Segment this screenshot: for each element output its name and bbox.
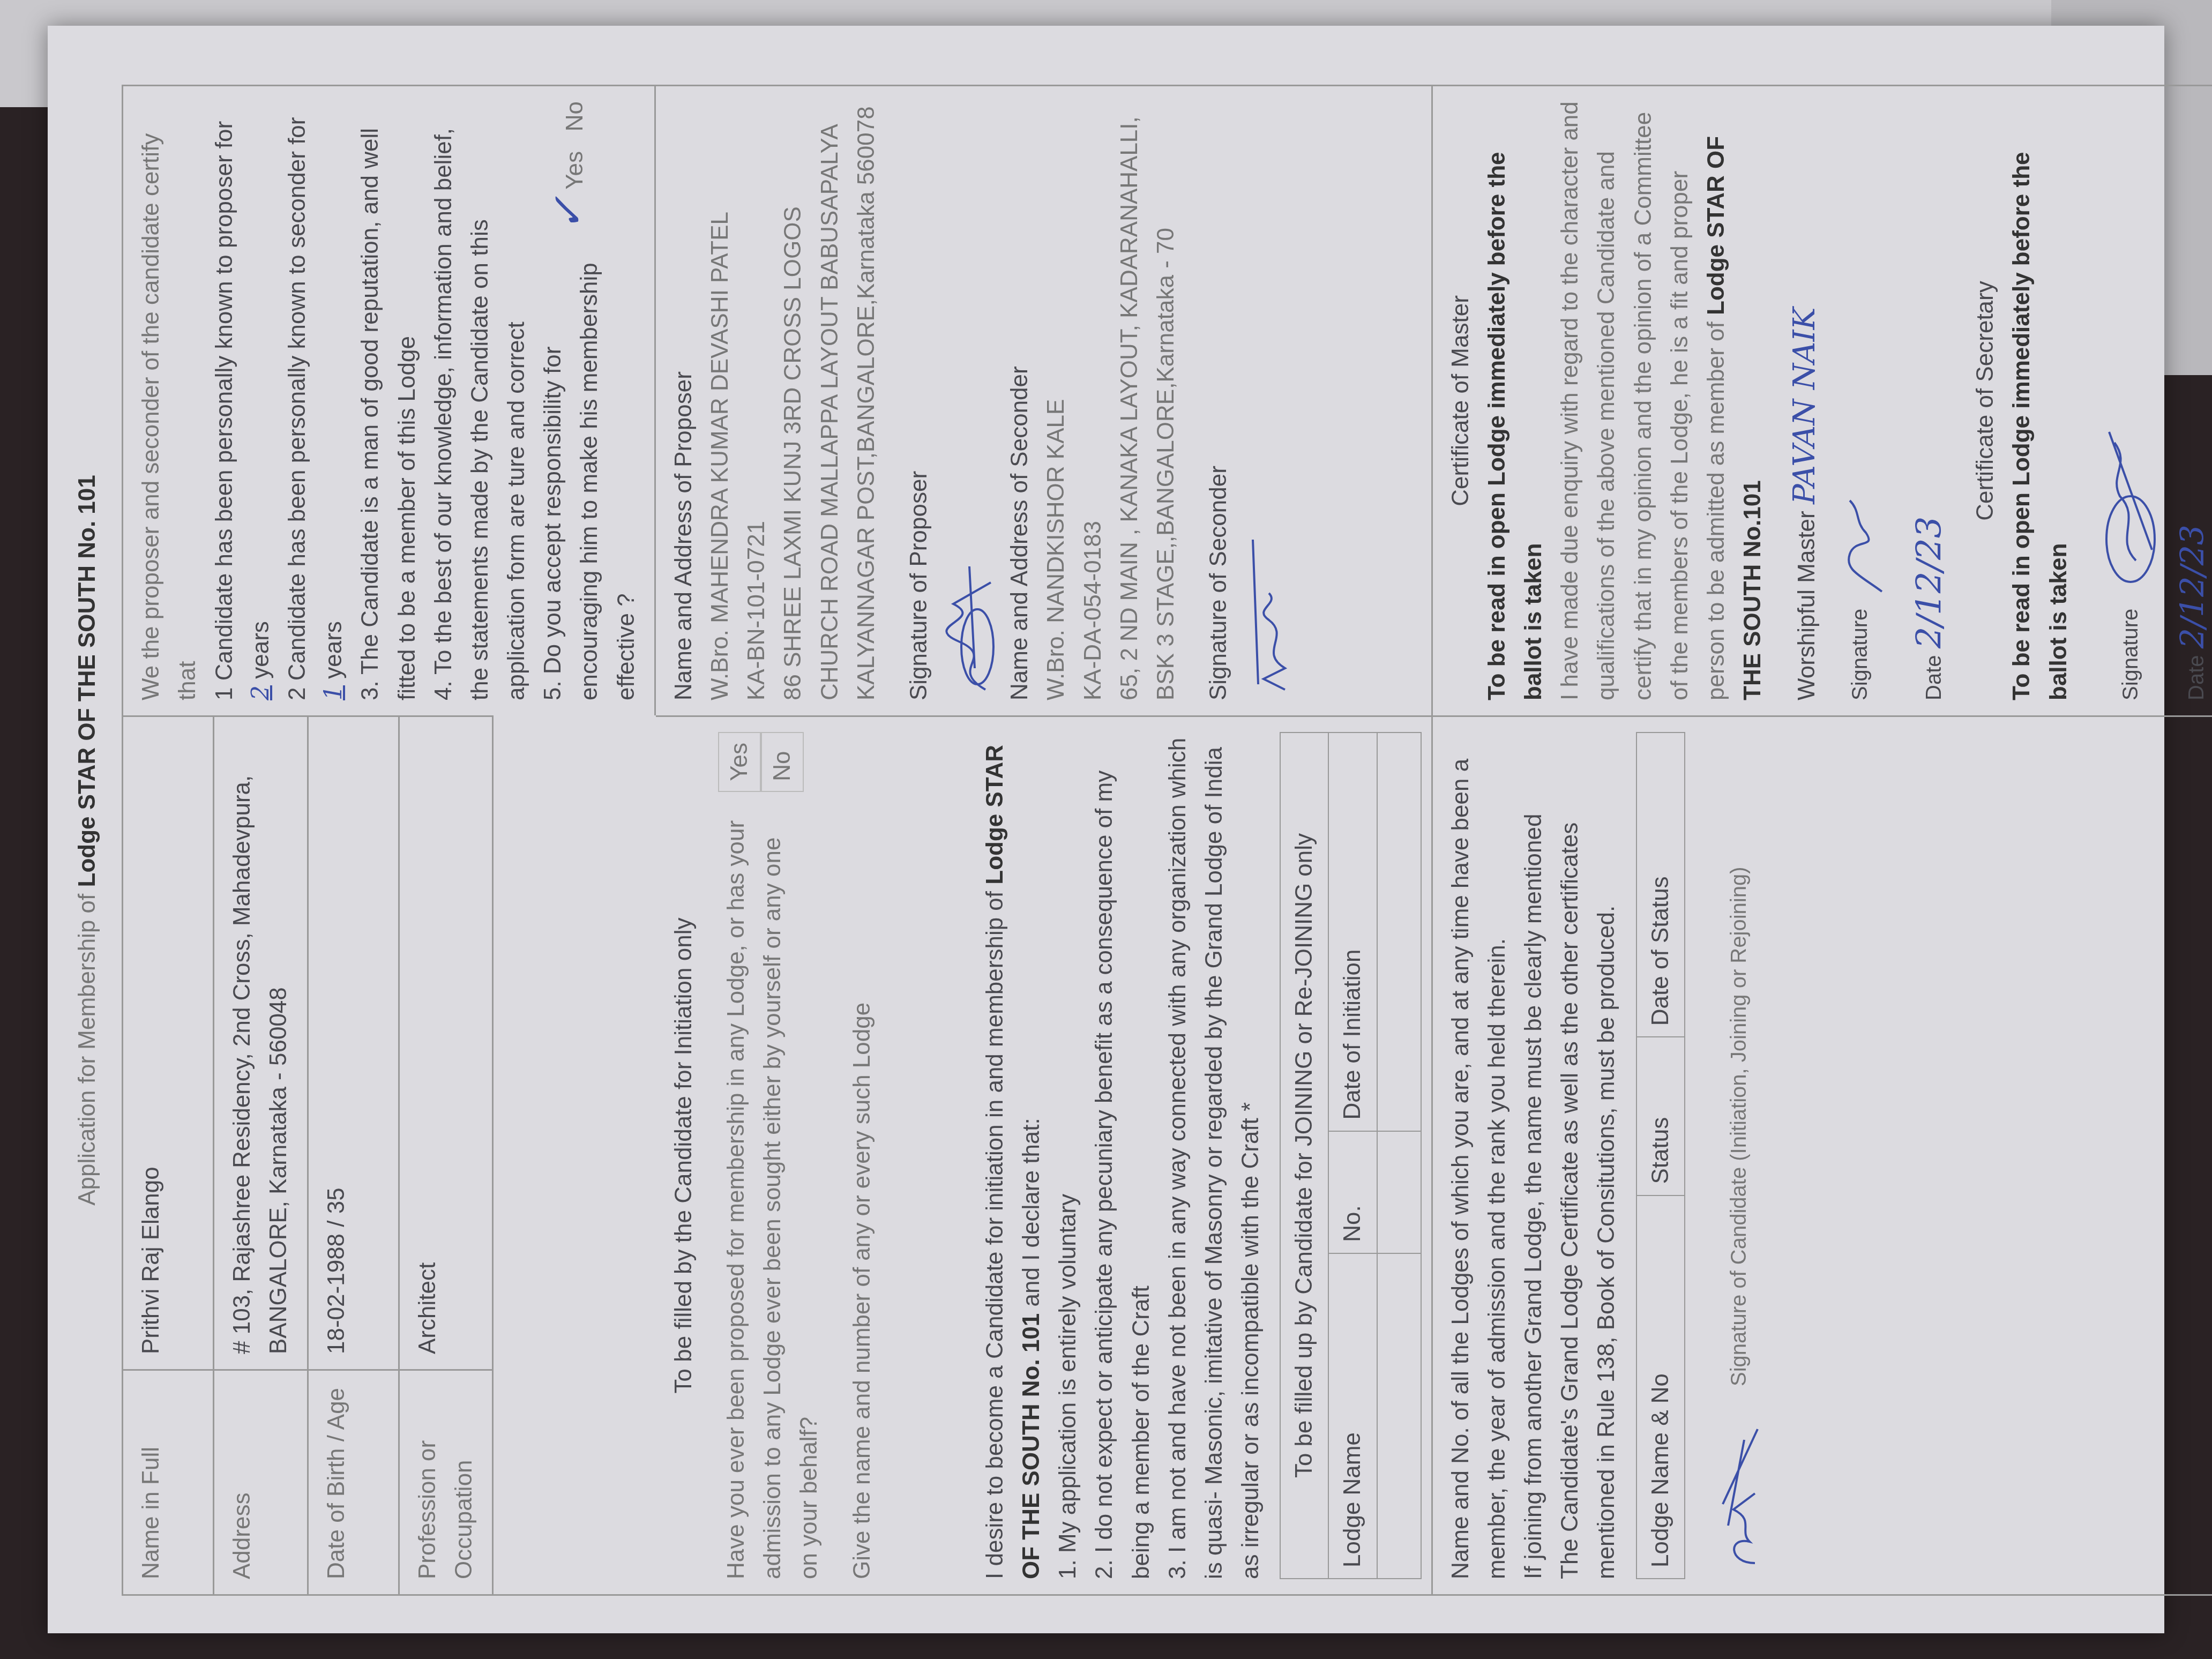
master-certificate-heading: Certificate of Master xyxy=(1443,101,1479,700)
seconder-name: W.Bro. NANDKISHOR KALE xyxy=(1038,101,1074,700)
secretary-signature xyxy=(2098,421,2163,593)
seconder-signature xyxy=(1237,529,1301,700)
proposer-heading: Name and Address of Proposer xyxy=(666,101,702,700)
dob-label: Date of Birth / Age xyxy=(309,1369,400,1594)
option-no[interactable]: No xyxy=(562,101,588,131)
lodge-name: Lodge STAR OF THE SOUTH No. 101 xyxy=(74,475,100,887)
proposer-signature xyxy=(937,529,1002,700)
certificates-section: Certificate of Master To be read in open… xyxy=(1433,85,2212,715)
candidate-signature xyxy=(1707,1408,1771,1579)
seconder-years: 1 xyxy=(320,685,347,700)
lodges-table: Lodge Name & No Status Date of Status xyxy=(1636,732,1685,1579)
proposer-years: 2 xyxy=(247,685,274,700)
name-label: Name in Full xyxy=(123,1369,214,1594)
candidate-details: Name in Full Prithvi Raj Elango Address … xyxy=(123,715,656,1594)
address-label: Address xyxy=(214,1369,308,1594)
option-yes[interactable]: Yes xyxy=(718,732,761,792)
form-title: Application for Membership of Lodge STAR… xyxy=(69,85,106,1596)
master-signature xyxy=(1828,431,1893,602)
membership-application-form: Application for Membership of Lodge STAR… xyxy=(48,26,2164,1633)
address-value: # 103, Rajashree Residency, 2nd Cross, M… xyxy=(214,715,308,1369)
profession-value: Architect xyxy=(400,715,494,1369)
name-value: Prithvi Raj Elango xyxy=(123,715,214,1369)
checkmark-icon: ✓ xyxy=(543,196,593,231)
proposer-seconder-section: Name and Address of Proposer W.Bro. MAHE… xyxy=(656,85,1433,715)
main-grid: Name in Full Prithvi Raj Elango Address … xyxy=(122,85,2212,1596)
proposer-reg-no: KA-BN-101-0721 xyxy=(738,101,775,700)
initiation-heading: To be filled by the Candidate for Initia… xyxy=(666,732,702,1579)
option-yes[interactable]: Yes xyxy=(562,151,588,190)
seconder-address: 65, 2 ND MAIN , KANAKA LAYOUT, KADARANAH… xyxy=(1111,101,1184,700)
joining-table: To be filled up by Candidate for JOINING… xyxy=(1280,732,1421,1579)
proposer-certification: We the proposer and seconder of the cand… xyxy=(123,85,656,715)
option-no[interactable]: No xyxy=(761,732,804,792)
proposer-name: W.Bro. MAHENDRA KUMAR DEVASHI PATEL xyxy=(702,101,738,700)
proposer-address: 86 SHREE LAXMI KUNJ 3RD CROSS LOGOS CHUR… xyxy=(775,101,885,700)
seconder-reg-no: KA-DA-054-0183 xyxy=(1075,101,1111,700)
secretary-certificate-heading: Certificate of Secretary xyxy=(1967,101,2004,700)
worshipful-master-name: PAVAN NAIK xyxy=(1787,308,1822,504)
lodges-section: Name and No. of all the Lodges of which … xyxy=(1433,715,2212,1594)
master-date: 2/12/23 xyxy=(1910,517,1949,649)
seconder-heading: Name and Address of Seconder xyxy=(1002,101,1038,700)
profession-label: Profession or Occupation xyxy=(400,1369,494,1594)
candidate-signature-label: Signature of Candidate (Initiation, Join… xyxy=(1722,867,1755,1386)
secretary-date: 2/12/23 xyxy=(2174,525,2211,648)
initiation-section: To be filled by the Candidate for Initia… xyxy=(656,715,1433,1594)
dob-value: 18-02-1988 / 35 xyxy=(309,715,400,1369)
